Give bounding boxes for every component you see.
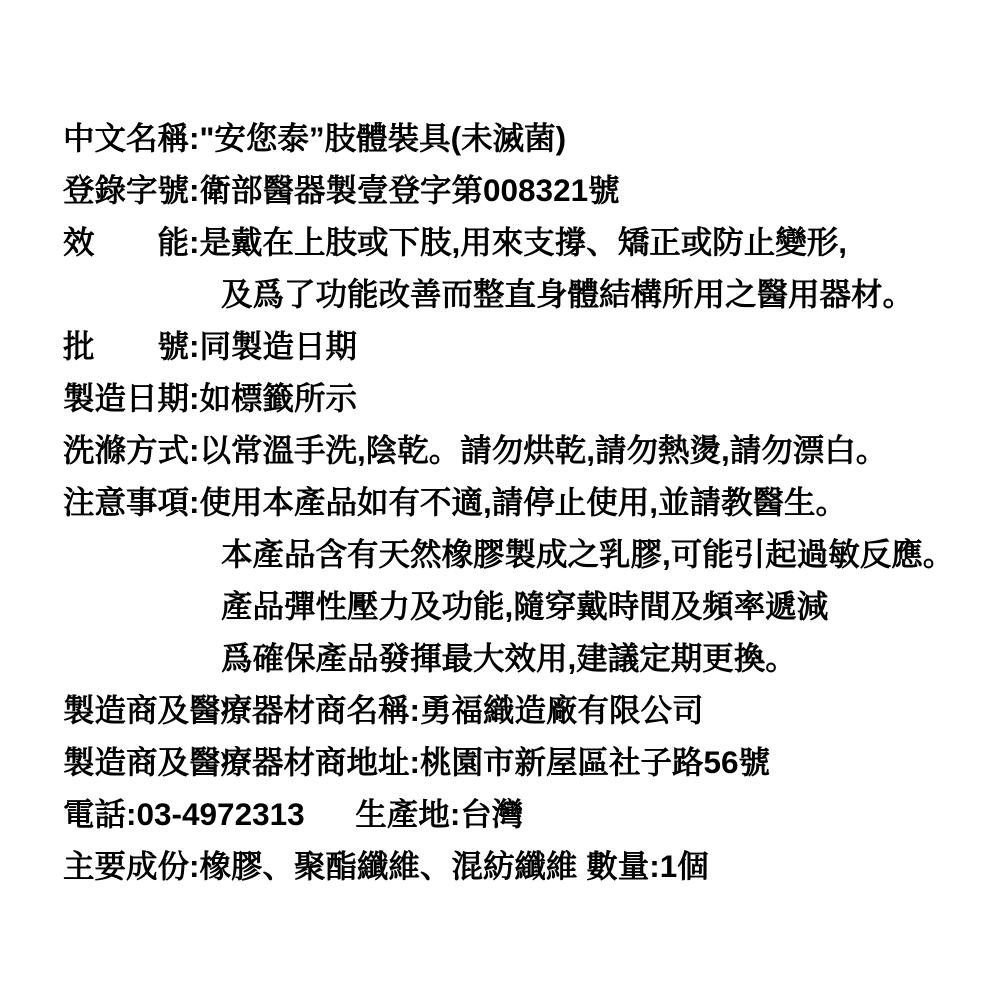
- product-label-sheet: 中文名稱:"安您泰”肢體裝具(未滅菌) 登錄字號:衛部醫器製壹登字第008321…: [63, 112, 980, 892]
- field-efficacy-continued: 及爲了功能改善而整直身體結構所用之醫用器材。: [63, 268, 980, 320]
- field-manufacture-date: 製造日期:如標籤所示: [63, 372, 980, 424]
- field-phone: 電話:03-4972313: [63, 796, 305, 832]
- field-chinese-name: 中文名稱:"安您泰”肢體裝具(未滅菌): [63, 112, 980, 164]
- field-washing-instructions: 洗滌方式:以常溫手洗,陰乾。請勿烘乾,請勿熱燙,請勿漂白。: [63, 424, 980, 476]
- field-precautions: 注意事項:使用本產品如有不適,請停止使用,並請教醫生。: [63, 476, 980, 528]
- field-phone-and-origin: 電話:03-4972313 生產地:台灣: [63, 788, 980, 840]
- field-precautions-latex-warning: 本產品含有天然橡膠製成之乳膠,可能引起過敏反應。: [63, 528, 980, 580]
- field-efficacy: 效 能:是戴在上肢或下肢,用來支撐、矯正或防止變形,: [63, 216, 980, 268]
- field-manufacturer-address: 製造商及醫療器材商地址:桃園市新屋區社子路56號: [63, 736, 980, 788]
- field-ingredients-and-quantity: 主要成份:橡膠、聚酯纖維、混紡纖維 數量:1個: [63, 840, 980, 892]
- field-manufacturer-name: 製造商及醫療器材商名稱:勇福織造廠有限公司: [63, 684, 980, 736]
- field-registration-number: 登錄字號:衛部醫器製壹登字第008321號: [63, 164, 980, 216]
- field-origin: 生產地:台灣: [355, 788, 523, 840]
- field-precautions-elasticity-note: 產品彈性壓力及功能,隨穿戴時間及頻率遞減: [63, 580, 980, 632]
- field-precautions-replacement-note: 爲確保產品發揮最大效用,建議定期更換。: [63, 632, 980, 684]
- field-batch-number: 批 號:同製造日期: [63, 320, 980, 372]
